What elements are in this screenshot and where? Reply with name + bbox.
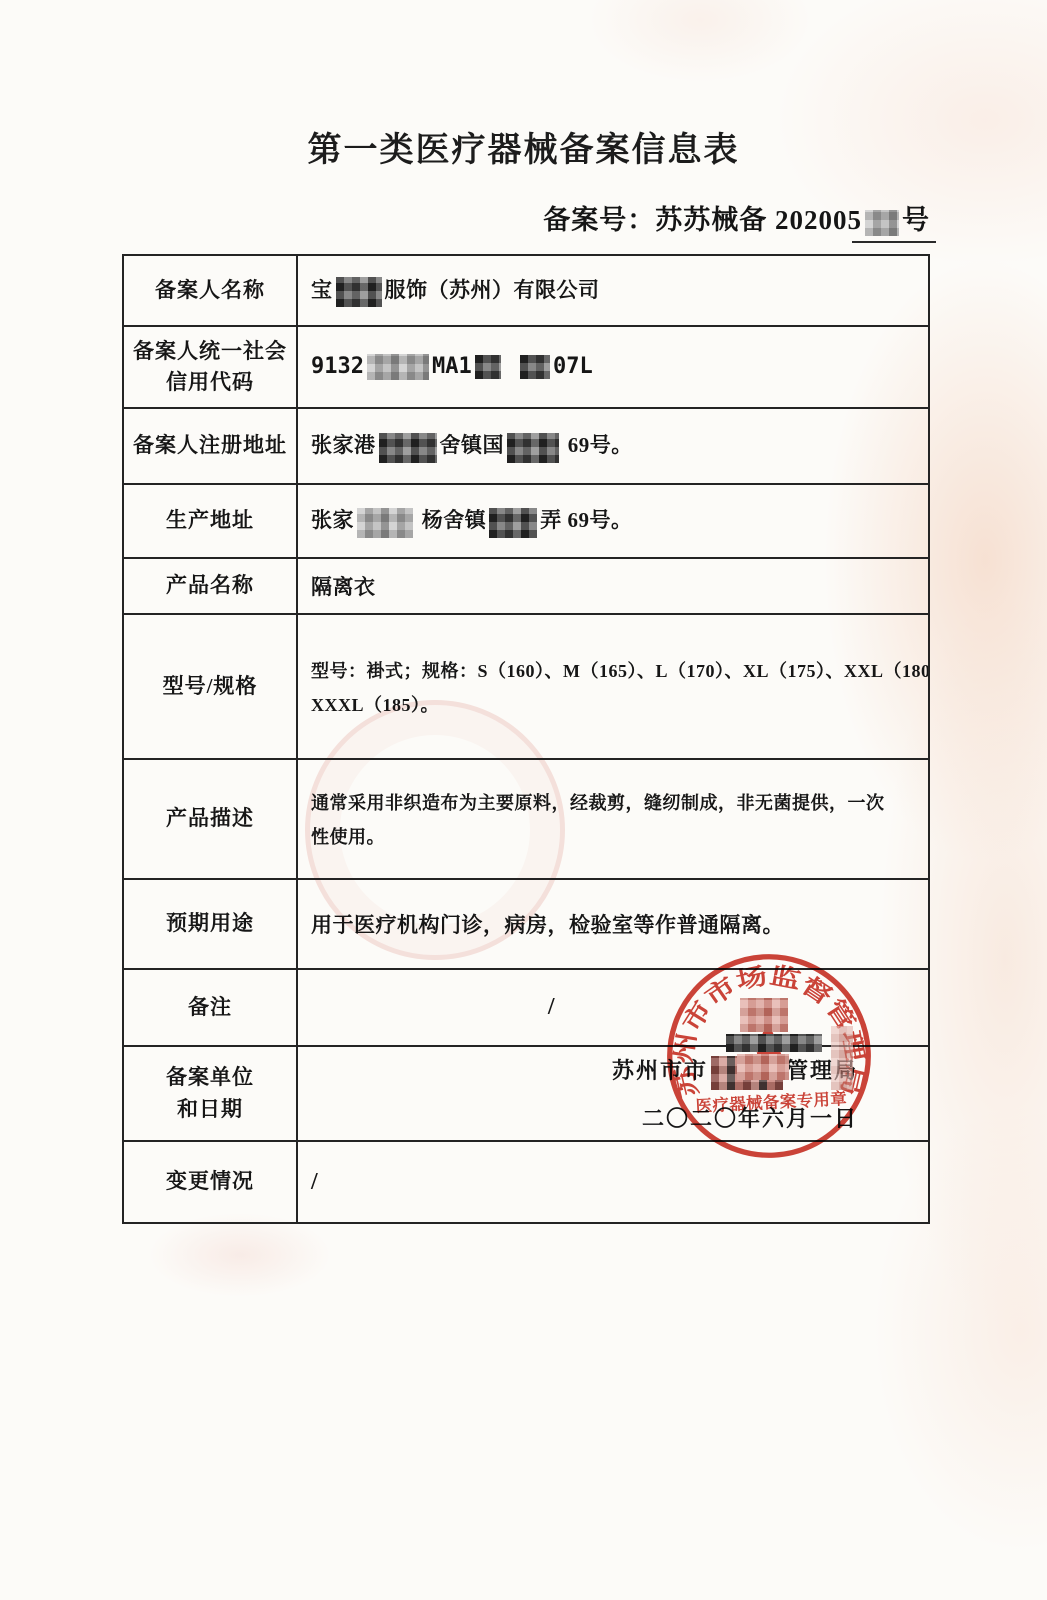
table-row: 产品名称隔离衣 bbox=[124, 557, 928, 613]
redaction-mosaic bbox=[489, 508, 537, 538]
text-run: 服饰（苏州）有限公司 bbox=[385, 278, 600, 302]
table-row: 备案人统一社会信用代码9132MA1 07L bbox=[124, 325, 928, 407]
row-label-line: 产品名称 bbox=[166, 570, 254, 602]
text-run: 隔离衣 bbox=[311, 575, 376, 599]
text-run: 杨舍镇 bbox=[416, 508, 486, 532]
row-label: 备案人名称 bbox=[124, 256, 298, 325]
text-run: 号 bbox=[902, 205, 930, 235]
filing-number-underline bbox=[852, 241, 936, 243]
text-run: XXXL（185）。 bbox=[311, 695, 439, 715]
row-label-line: 和日期 bbox=[177, 1094, 243, 1126]
text-run: 69号。 bbox=[562, 433, 633, 457]
row-label-line: 备案人名称 bbox=[155, 275, 265, 307]
row-label-line: 备案单位 bbox=[166, 1062, 254, 1094]
text-run: 07L bbox=[553, 354, 593, 379]
filing-number: 备案号：苏苏械备 202005号 bbox=[543, 198, 930, 237]
row-value-line: 通常采用非织造布为主要原料，经裁剪，缝纫制成，非无菌提供，一次 bbox=[311, 789, 885, 815]
row-value: 张家 杨舍镇弄 69号。 bbox=[298, 485, 928, 557]
row-label-line: 备注 bbox=[188, 992, 232, 1024]
page-title: 第一类医疗器械备案信息表 bbox=[0, 122, 1047, 171]
row-value: 张家港舍镇国 69号。 bbox=[298, 409, 928, 483]
row-label-line: 备案人注册地址 bbox=[133, 430, 287, 462]
row-value-line: 型号：褂式；规格：S（160）、M（165）、L（170）、XL（175）、XX… bbox=[311, 657, 928, 683]
stamp-redaction-mosaic bbox=[740, 998, 788, 1032]
row-value: 通常采用非织造布为主要原料，经裁剪，缝纫制成，非无菌提供，一次性使用。 bbox=[298, 760, 928, 878]
stamp-banner-text: 医疗器械备案专用章 bbox=[695, 1089, 848, 1116]
redaction-mosaic bbox=[507, 433, 559, 463]
redaction-mosaic bbox=[336, 277, 382, 307]
row-label: 备案单位和日期 bbox=[124, 1047, 298, 1140]
text-run: 张家 bbox=[311, 508, 354, 532]
redaction-mosaic bbox=[865, 210, 899, 236]
row-label: 变更情况 bbox=[124, 1142, 298, 1222]
row-value-line: 用于医疗机构门诊，病房，检验室等作普通隔离。 bbox=[311, 909, 784, 939]
text-run: 宝 bbox=[311, 278, 333, 302]
row-value: 9132MA1 07L bbox=[298, 327, 928, 407]
text-run: 弄 69号。 bbox=[540, 508, 632, 532]
row-label: 备案人注册地址 bbox=[124, 409, 298, 483]
row-label-line: 信用代码 bbox=[166, 367, 254, 399]
row-value-line: XXXL（185）。 bbox=[311, 691, 439, 717]
text-run: / bbox=[311, 1169, 318, 1195]
row-value-line: 张家 杨舍镇弄 69号。 bbox=[311, 504, 633, 537]
table-row: 备案人名称宝服饰（苏州）有限公司 bbox=[124, 256, 928, 325]
table-row: 产品描述通常采用非织造布为主要原料，经裁剪，缝纫制成，非无菌提供，一次性使用。 bbox=[124, 758, 928, 878]
row-value-line: / bbox=[548, 994, 555, 1021]
row-label-line: 预期用途 bbox=[166, 908, 254, 940]
redaction-mosaic bbox=[520, 355, 550, 379]
stamp-redaction-mosaic bbox=[831, 1026, 853, 1090]
row-label-line: 变更情况 bbox=[166, 1166, 254, 1198]
text-run: 性使用。 bbox=[311, 827, 385, 847]
stamp-redaction-mosaic bbox=[726, 1034, 822, 1052]
row-label-line: 生产地址 bbox=[166, 505, 254, 537]
row-value: 隔离衣 bbox=[298, 559, 928, 613]
row-value: 宝服饰（苏州）有限公司 bbox=[298, 256, 928, 325]
row-label: 型号/规格 bbox=[124, 615, 298, 758]
text-run: 用于医疗机构门诊，病房，检验室等作普通隔离。 bbox=[311, 913, 784, 937]
table-row: 型号/规格型号：褂式；规格：S（160）、M（165）、L（170）、XL（17… bbox=[124, 613, 928, 758]
redaction-mosaic bbox=[475, 355, 501, 379]
row-value-line: 9132MA1 07L bbox=[311, 354, 593, 380]
text-run: 张家港 bbox=[311, 433, 376, 457]
row-value-line: 宝服饰（苏州）有限公司 bbox=[311, 274, 600, 307]
row-label: 产品描述 bbox=[124, 760, 298, 878]
row-value-line: 张家港舍镇国 69号。 bbox=[311, 429, 633, 462]
row-label-line: 产品描述 bbox=[166, 803, 254, 835]
document-page: 第一类医疗器械备案信息表 备案号：苏苏械备 202005号 备案人名称宝服饰（苏… bbox=[0, 0, 1047, 1600]
redaction-mosaic bbox=[379, 433, 437, 463]
table-row: 备案人注册地址张家港舍镇国 69号。 bbox=[124, 407, 928, 483]
row-label: 备注 bbox=[124, 970, 298, 1045]
row-value: 型号：褂式；规格：S（160）、M（165）、L（170）、XL（175）、XX… bbox=[298, 615, 928, 758]
text-run bbox=[504, 354, 517, 379]
row-label: 预期用途 bbox=[124, 880, 298, 968]
redaction-mosaic bbox=[357, 508, 413, 538]
row-label-line: 备案人统一社会 bbox=[133, 336, 287, 368]
text-run: / bbox=[548, 994, 555, 1020]
text-run: 通常采用非织造布为主要原料，经裁剪，缝纫制成，非无菌提供，一次 bbox=[311, 793, 885, 813]
row-value-line: 性使用。 bbox=[311, 823, 385, 849]
text-run: 9132 bbox=[311, 354, 364, 379]
row-label: 生产地址 bbox=[124, 485, 298, 557]
table-row: 生产地址张家 杨舍镇弄 69号。 bbox=[124, 483, 928, 557]
row-label: 产品名称 bbox=[124, 559, 298, 613]
text-run: 型号：褂式；规格：S（160）、M（165）、L（170）、XL（175）、XX… bbox=[311, 661, 928, 681]
text-run: 舍镇国 bbox=[440, 433, 505, 457]
text-run: 备案号：苏苏械备 202005 bbox=[543, 205, 862, 235]
row-value-line: 隔离衣 bbox=[311, 571, 376, 601]
redaction-mosaic bbox=[367, 354, 429, 380]
stamp-redaction-mosaic bbox=[737, 1054, 789, 1080]
row-label-line: 型号/规格 bbox=[163, 671, 258, 703]
row-value-line: / bbox=[311, 1169, 318, 1196]
text-run: MA1 bbox=[432, 354, 472, 379]
row-label: 备案人统一社会信用代码 bbox=[124, 327, 298, 407]
